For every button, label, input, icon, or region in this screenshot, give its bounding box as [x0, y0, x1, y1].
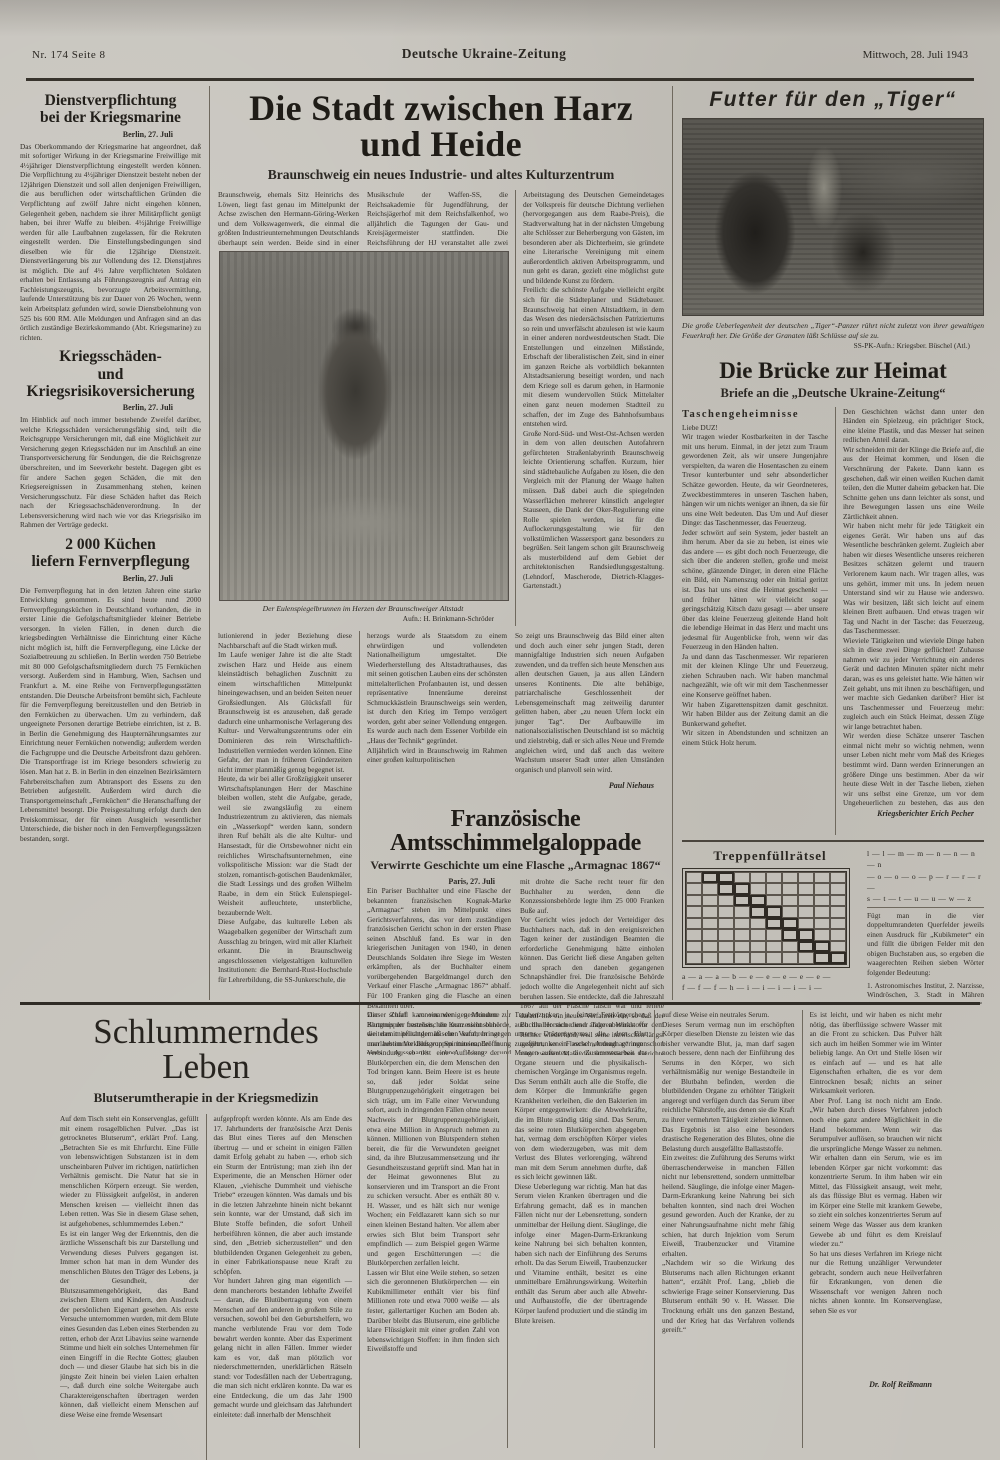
- puzzle-cell: [782, 906, 798, 918]
- masthead-issue: Nr. 174 Seite 8: [32, 49, 106, 61]
- puzzle-cell: [798, 906, 814, 918]
- french-headline: Französische Amtsschimmelgaloppade: [367, 807, 664, 855]
- puzzle-cell: [750, 883, 766, 895]
- puzzle-cell: [814, 906, 830, 918]
- main-headline: Die Stadt zwischen Harz und Heide: [218, 90, 664, 162]
- puzzle-cell: [814, 929, 830, 941]
- puzzle-cell: [734, 952, 750, 964]
- article-kuechen-body: Die Fernverpflegung hat in den letzten J…: [20, 586, 201, 998]
- puzzle-cell: [766, 941, 782, 953]
- puzzle-cell: [814, 941, 830, 953]
- puzzle-cell: [766, 872, 782, 884]
- right-column: Futter für den „Tiger“ Die große Ueberle…: [673, 86, 986, 1000]
- bottom-section-rule: [20, 1002, 980, 1005]
- puzzle-cell: [798, 952, 814, 964]
- center-column: Die Stadt zwischen Harz und Heide Brauns…: [210, 86, 673, 1000]
- puzzle-cell: [718, 883, 734, 895]
- eulenspiegel-credit: Aufn.: H. Brinkmann-Schröder: [218, 614, 508, 623]
- puzzle-cell: [830, 918, 846, 930]
- puzzle-cell: [830, 941, 846, 953]
- letter-byline: Kriegsberichter Erich Pecher: [843, 809, 984, 818]
- puzzle-cell: [702, 918, 718, 930]
- blood-byline: Dr. Rolf Reißmann: [810, 1380, 943, 1389]
- puzzle-cell: [718, 941, 734, 953]
- bruecke-headline: Die Brücke zur Heimat: [682, 358, 984, 384]
- puzzle-cell: [782, 895, 798, 907]
- puzzle-cell: [686, 906, 702, 918]
- puzzle-cell: [734, 895, 750, 907]
- tiger-headline: Futter für den „Tiger“: [682, 88, 984, 112]
- puzzle-cell: [686, 895, 702, 907]
- article-versicherung-body: Im Hinblick auf noch immer bestehende Zw…: [20, 415, 201, 530]
- puzzle-cell: [734, 883, 750, 895]
- puzzle-section: Treppenfüllrätsel a — a — a — b — e — e …: [682, 846, 984, 1004]
- article-kriegsmarine-body: Das Oberkommando der Kriegsmarine hat an…: [20, 142, 201, 342]
- puzzle-cell: [814, 918, 830, 930]
- letter-col-1: Liebe DUZ! Wir tragen wieder Kostbarkeit…: [682, 423, 828, 831]
- main-intro-left: Braunschweig, ehemals Sitz Heinrichs des…: [218, 190, 359, 248]
- puzzle-cell: [750, 941, 766, 953]
- puzzle-cell: [734, 918, 750, 930]
- blood-col-5: auf diese Weise ein neutrales Serum. Die…: [662, 1010, 795, 1428]
- puzzle-cell: [766, 929, 782, 941]
- puzzle-cell: [830, 952, 846, 964]
- blood-col-2: aufgepfropft werden könnte. Als am Ende …: [206, 1114, 353, 1460]
- blood-col-3: vier scharf voneinander geschiedene Blut…: [367, 1010, 500, 1428]
- puzzle-cell: [750, 952, 766, 964]
- article-kuechen-title: 2 000 Küchen liefern Fernverpflegung: [20, 536, 201, 571]
- puzzle-cell: [814, 883, 830, 895]
- puzzle-cell: [766, 952, 782, 964]
- section-divider-rule: [682, 840, 984, 842]
- article-versicherung-title: Kriegsschäden- und Kriegsrisikoversicher…: [20, 348, 201, 400]
- article-versicherung: Kriegsschäden- und Kriegsrisikoversicher…: [20, 348, 201, 530]
- puzzle-cell: [686, 941, 702, 953]
- puzzle-cell: [814, 872, 830, 884]
- newspaper-page: Nr. 174 Seite 8 Deutsche Ukraine-Zeitung…: [0, 0, 1000, 1460]
- puzzle-cell: [686, 872, 702, 884]
- puzzle-cell: [702, 952, 718, 964]
- tiger-credit: SS-PK-Aufn.: Kriegsber. Büschel (Atl.): [682, 341, 984, 350]
- puzzle-cell: [734, 906, 750, 918]
- puzzle-cell: [830, 906, 846, 918]
- puzzle-cell: [798, 883, 814, 895]
- puzzle-cell: [830, 883, 846, 895]
- puzzle-cell: [782, 952, 798, 964]
- puzzle-cell: [734, 929, 750, 941]
- puzzle-cell: [830, 895, 846, 907]
- puzzle-cell: [702, 895, 718, 907]
- puzzle-cell: [782, 929, 798, 941]
- masthead: Nr. 174 Seite 8 Deutsche Ukraine-Zeitung…: [0, 46, 1000, 62]
- puzzle-letters-right: l — l — m — m — n — n — n — n — o — o — …: [867, 848, 984, 908]
- puzzle-cell: [734, 872, 750, 884]
- puzzle-cell: [798, 872, 814, 884]
- letter-title: Taschengeheimnisse: [682, 409, 828, 420]
- puzzle-cell: [814, 895, 830, 907]
- blood-headline: Schlummerndes Leben: [60, 1014, 352, 1084]
- blood-col-4: Traubenzucker, ja, feinste Fettkörperche…: [515, 1010, 648, 1428]
- puzzle-cell: [814, 952, 830, 964]
- tiger-tank-photo: [682, 118, 984, 316]
- puzzle-title: Treppenfüllrätsel: [682, 848, 858, 864]
- puzzle-cell: [686, 918, 702, 930]
- puzzle-cell: [702, 883, 718, 895]
- puzzle-cell: [686, 883, 702, 895]
- puzzle-letters-left: a — a — a — b — e — e — e — e — e — f — …: [682, 971, 858, 994]
- main-cont-1: lutionierend in jeder Beziehung diese Na…: [218, 631, 352, 1045]
- puzzle-cell: [750, 929, 766, 941]
- article-kriegsmarine-dateline: Berlin, 27. Juli: [20, 130, 201, 139]
- puzzle-cell: [750, 872, 766, 884]
- puzzle-cell: [782, 918, 798, 930]
- masthead-rule: [26, 78, 974, 81]
- puzzle-cell: [686, 952, 702, 964]
- puzzle-cell: [766, 918, 782, 930]
- puzzle-cell: [798, 895, 814, 907]
- bruecke-subhead: Briefe an die „Deutsche Ukraine-Zeitung“: [682, 386, 984, 401]
- tiger-caption: Die große Ueberlegenheit der deutschen „…: [682, 321, 984, 341]
- puzzle-cell: [702, 906, 718, 918]
- blood-col-1: Auf dem Tisch steht ein Konservenglas, g…: [60, 1114, 199, 1460]
- letter-col-2: Den Geschichten wächst dann unter den Hä…: [843, 407, 984, 807]
- puzzle-cell: [718, 895, 734, 907]
- puzzle-cell: [702, 929, 718, 941]
- masthead-title: Deutsche Ukraine-Zeitung: [402, 46, 567, 62]
- article-kuechen-dateline: Berlin, 27. Juli: [20, 574, 201, 583]
- article-kriegsmarine-title: Dienstverpflichtung bei der Kriegsmarine: [20, 92, 201, 127]
- blood-col-6: Es ist leicht, und wir haben es nicht me…: [810, 1010, 943, 1378]
- puzzle-cell: [718, 929, 734, 941]
- page-content: Dienstverpflichtung bei der Kriegsmarine…: [18, 86, 986, 1000]
- french-dateline: Paris, 27. Juli: [367, 877, 511, 886]
- puzzle-cell: [798, 929, 814, 941]
- puzzle-cell: [750, 918, 766, 930]
- puzzle-instructions: Fügt man in die vier doppeltumrandeten Q…: [867, 911, 984, 978]
- puzzle-grid: [682, 868, 850, 968]
- article-versicherung-dateline: Berlin, 27. Juli: [20, 403, 201, 412]
- puzzle-cell: [718, 918, 734, 930]
- main-subhead: Braunschweig ein neues Industrie- und al…: [218, 167, 664, 183]
- puzzle-cell: [782, 883, 798, 895]
- article-kuechen: 2 000 Küchen liefern Fernverpflegung Ber…: [20, 536, 201, 998]
- blood-article: Schlummerndes Leben Blutserumtherapie in…: [60, 1010, 942, 1448]
- blood-subhead: Blutserumtherapie in der Kriegsmedizin: [60, 1090, 352, 1106]
- puzzle-cell: [750, 906, 766, 918]
- main-intro-right: Musikschule der Waffen-SS, die Reichsaka…: [367, 190, 508, 248]
- puzzle-cell: [830, 872, 846, 884]
- eulenspiegel-caption: Der Eulenspiegelbrunnen im Herzen der Br…: [218, 604, 508, 614]
- puzzle-cell: [782, 941, 798, 953]
- puzzle-cell: [782, 872, 798, 884]
- main-cont-2: herzogs wurde als Staatsdom zu einem ehr…: [367, 631, 507, 799]
- puzzle-cell: [718, 872, 734, 884]
- puzzle-cell: [718, 952, 734, 964]
- puzzle-clues: 1. Astronomisches Institut, 2. Narzisse,…: [867, 981, 984, 1004]
- puzzle-cell: [766, 895, 782, 907]
- article-kriegsmarine: Dienstverpflichtung bei der Kriegsmarine…: [20, 92, 201, 342]
- eulenspiegel-fountain-photo: [219, 251, 509, 601]
- main-col-right: Arbeitstagung des Deutschen Gemeindetage…: [523, 190, 664, 626]
- puzzle-cell: [766, 883, 782, 895]
- puzzle-cell: [718, 906, 734, 918]
- puzzle-cell: [702, 872, 718, 884]
- puzzle-cell: [766, 906, 782, 918]
- main-cont-3: So zeigt uns Braunschweig das Bild einer…: [515, 631, 664, 779]
- puzzle-cell: [830, 929, 846, 941]
- main-byline: Paul Niehaus: [515, 781, 664, 790]
- puzzle-cell: [798, 918, 814, 930]
- french-subhead: Verwirrte Geschichte um eine Flasche „Ar…: [367, 858, 664, 873]
- letter-section: Taschengeheimnisse Liebe DUZ! Wir tragen…: [682, 407, 984, 835]
- puzzle-cell: [798, 941, 814, 953]
- masthead-date: Mittwoch, 28. Juli 1943: [863, 49, 968, 61]
- puzzle-cell: [750, 895, 766, 907]
- puzzle-cell: [734, 941, 750, 953]
- left-column: Dienstverpflichtung bei der Kriegsmarine…: [18, 86, 210, 1000]
- puzzle-cell: [686, 929, 702, 941]
- puzzle-cell: [702, 941, 718, 953]
